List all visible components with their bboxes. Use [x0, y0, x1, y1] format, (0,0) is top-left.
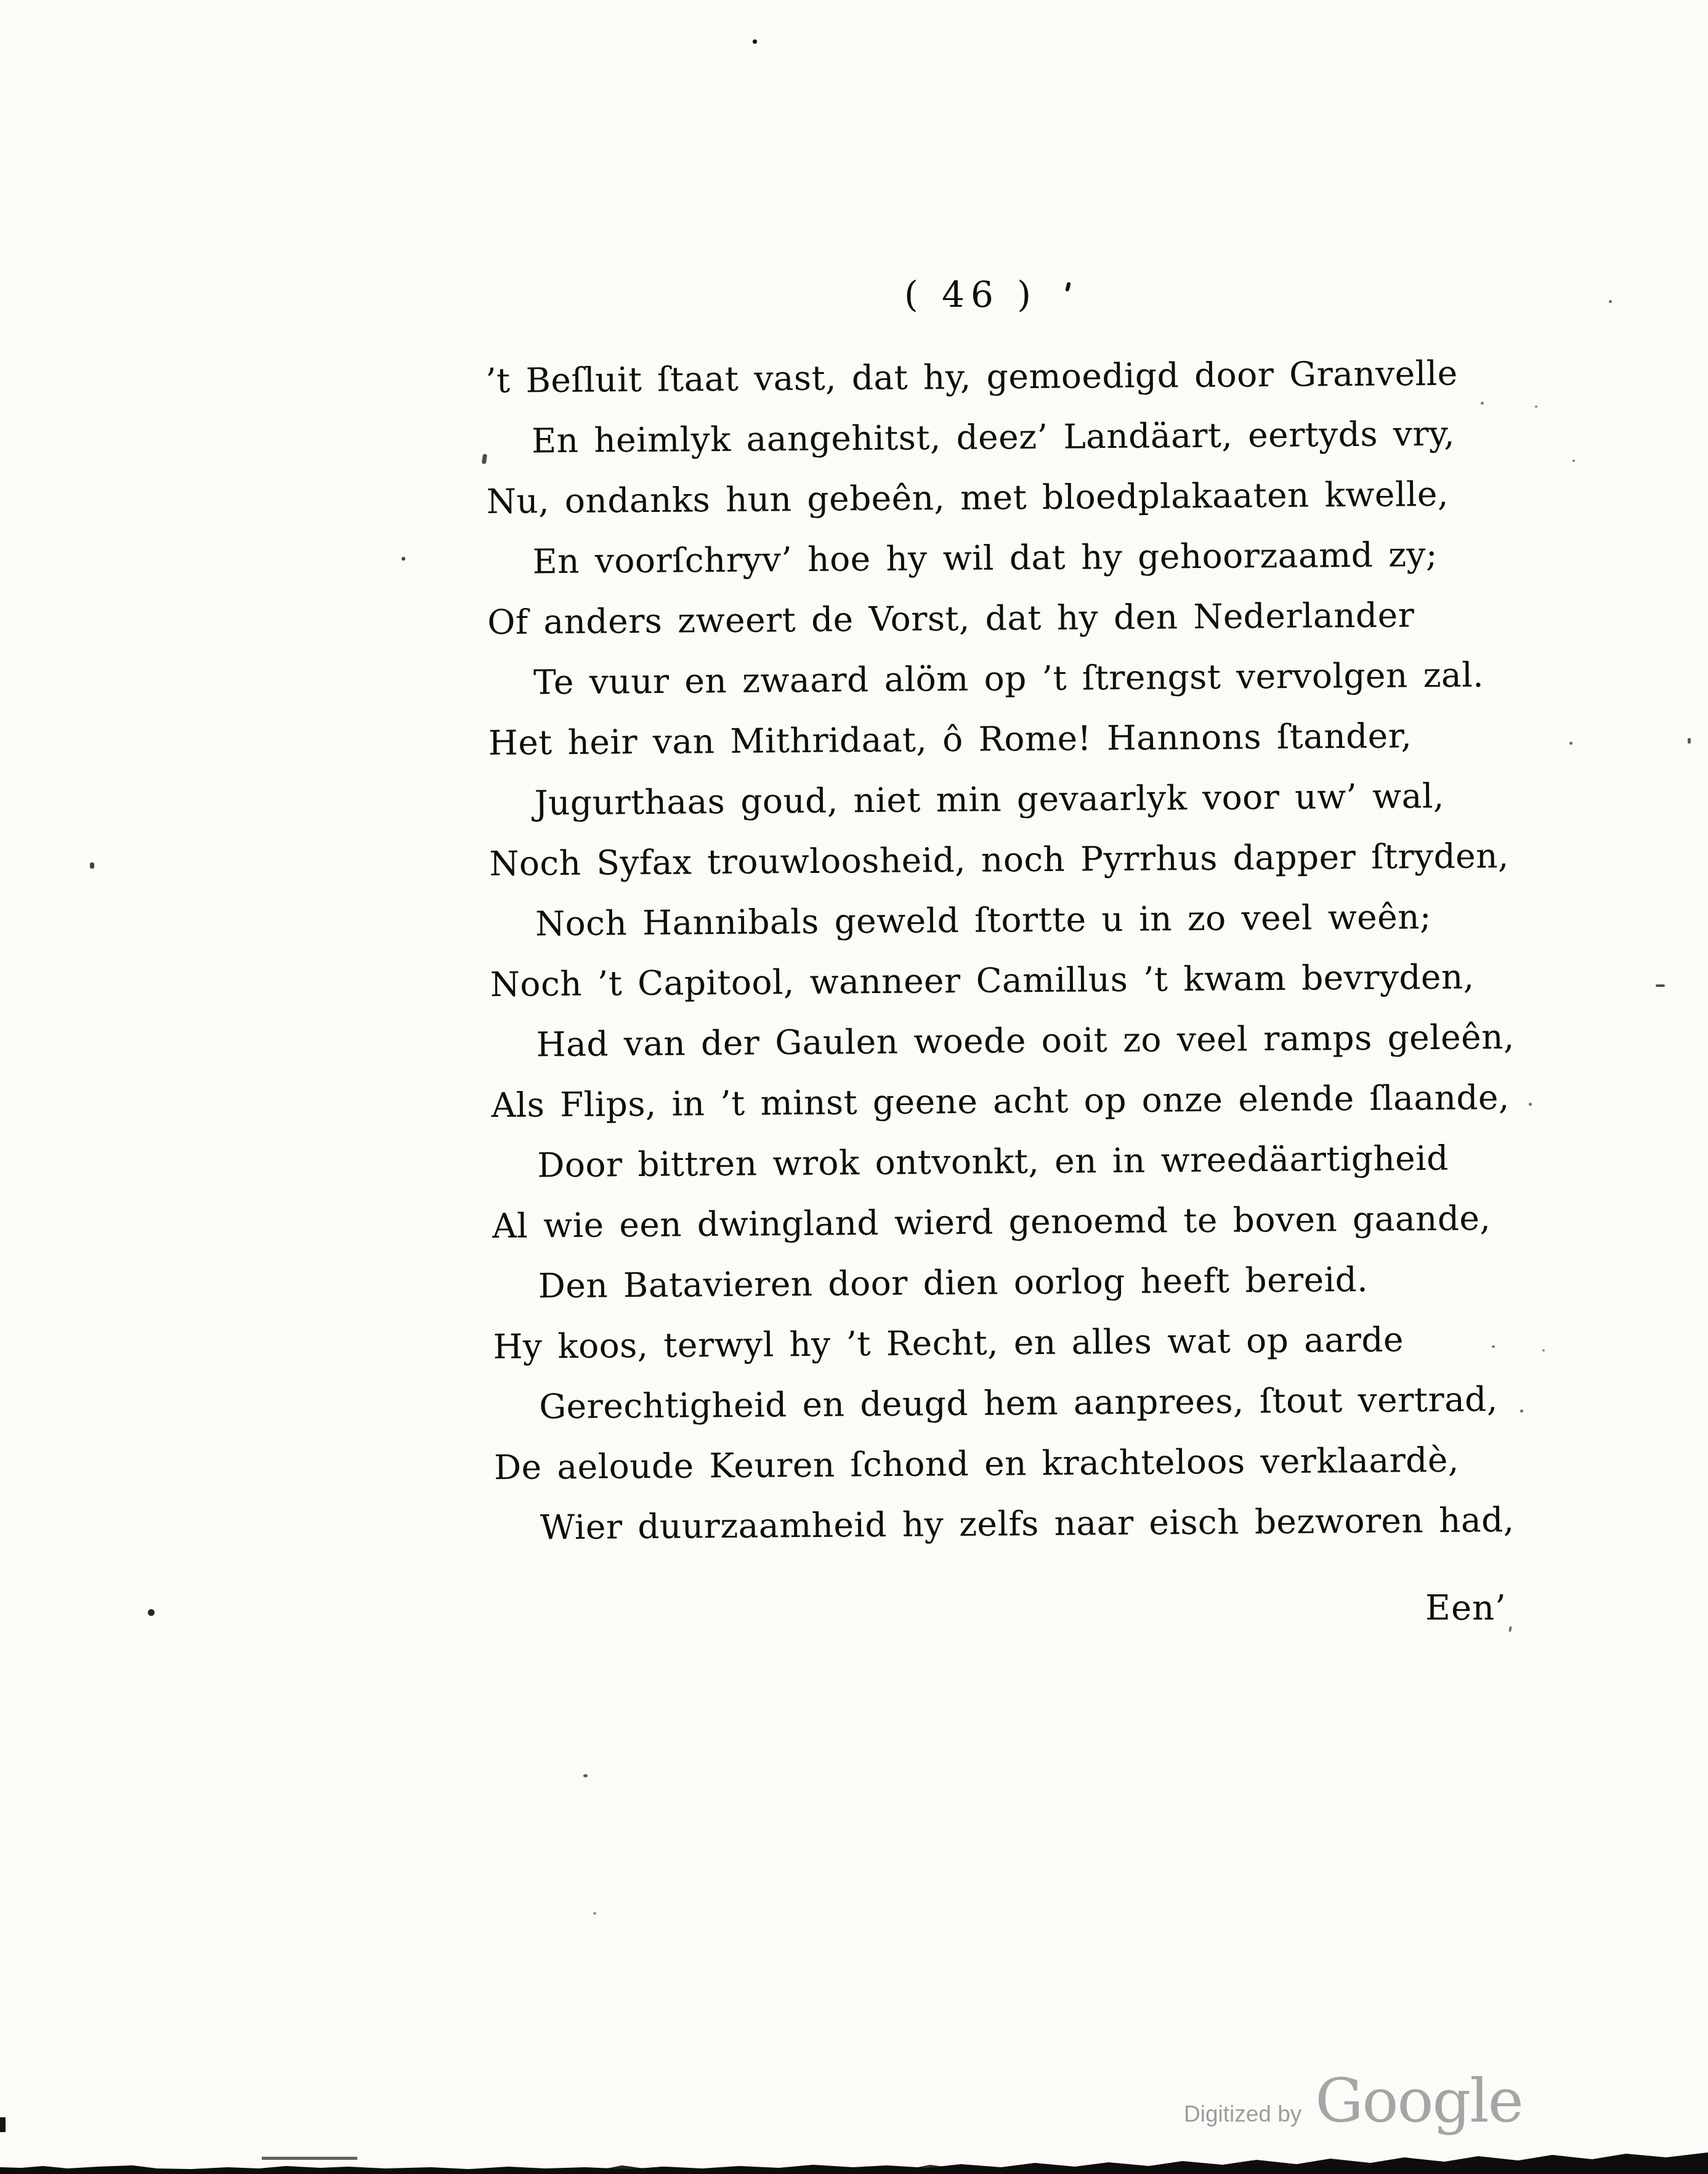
scan-speck	[1656, 984, 1665, 987]
page-number: ( 46 )	[904, 274, 1037, 315]
poem-line: Noch Hannibals geweld ſtortte u in zo ve…	[490, 896, 1550, 965]
scan-speck	[1569, 742, 1572, 745]
poem-line: Jugurthaas goud, niet min gevaarlyk voor…	[488, 775, 1548, 844]
poem-line: Hy koos, terwyl hy ’t Recht, en alles wa…	[493, 1318, 1553, 1387]
scan-speck	[1535, 405, 1537, 408]
scan-speck	[1065, 282, 1071, 291]
poem-line: ’t Beſluit ſtaat vast, dat hy, gemoedigd…	[485, 352, 1545, 421]
catchword: Een’	[1425, 1588, 1507, 1628]
poem-line: Gerechtigheid en deugd hem aanprees, ſto…	[493, 1379, 1553, 1448]
scan-speck	[593, 1912, 596, 1915]
poem-line: Had van der Gaulen woede ooit zo veel ra…	[490, 1016, 1550, 1085]
scan-speck	[1572, 460, 1575, 462]
poem-line: En voorſchryv’ hoe hy wil dat hy gehoorz…	[487, 533, 1547, 602]
scan-speck	[1529, 1103, 1532, 1106]
poem-line: Als Flips, in ’t minst geene acht op onz…	[491, 1077, 1551, 1146]
scan-speck	[1542, 1349, 1545, 1352]
scan-speck	[402, 557, 405, 561]
scan-speck	[1508, 1626, 1512, 1633]
poem-line: Te vuur en zwaard alöm op ’t ſtrengst ve…	[488, 654, 1548, 723]
scan-speck	[1688, 738, 1691, 744]
poem-line: En heimlyk aangehitst, deez’ Landäart, e…	[486, 413, 1546, 482]
poem: ’t Beſluit ſtaat vast, dat hy, gemoedigd…	[485, 352, 1554, 1568]
poem-line: Noch ’t Capitool, wanneer Camillus ’t kw…	[490, 956, 1550, 1025]
scan-speck	[1520, 1409, 1523, 1413]
scan-speck	[90, 862, 94, 869]
scan-speck	[1492, 1345, 1495, 1348]
poem-line: Het heir van Mithridaat, ô Rome! Hannons…	[488, 715, 1548, 784]
scan-speck	[1481, 402, 1484, 405]
poem-line: Noch Syfax trouwloosheid, noch Pyrrhus d…	[489, 835, 1549, 904]
poem-line: De aeloude Keuren ſchond en krachteloos …	[494, 1439, 1554, 1508]
scan-speck	[753, 39, 757, 44]
scan-edge-nub	[0, 2117, 6, 2132]
poem-line: Den Batavieren door dien oorlog heeft be…	[493, 1258, 1553, 1327]
poem-line: Nu, ondanks hun gebeên, met bloedplakaat…	[487, 473, 1547, 542]
scan-speck	[1609, 300, 1612, 303]
poem-line: Of anders zweert de Vorst, dat hy den Ne…	[487, 594, 1547, 663]
scan-speck	[583, 1774, 588, 1777]
poem-line: Wier duurzaamheid hy zelfs naar eisch be…	[495, 1499, 1555, 1568]
google-watermark: Digitized by Google	[1184, 2071, 1523, 2131]
google-logo: Google	[1315, 2071, 1522, 2131]
poem-line: Door bittren wrok ontvonkt, en in wreedä…	[492, 1137, 1552, 1206]
scan-edge-artifact	[0, 2148, 1708, 2174]
scan-speck	[148, 1609, 155, 1616]
digitized-by-label: Digitized by	[1184, 2101, 1301, 2127]
poem-line: Al wie een dwingland wierd genoemd te bo…	[492, 1198, 1552, 1267]
